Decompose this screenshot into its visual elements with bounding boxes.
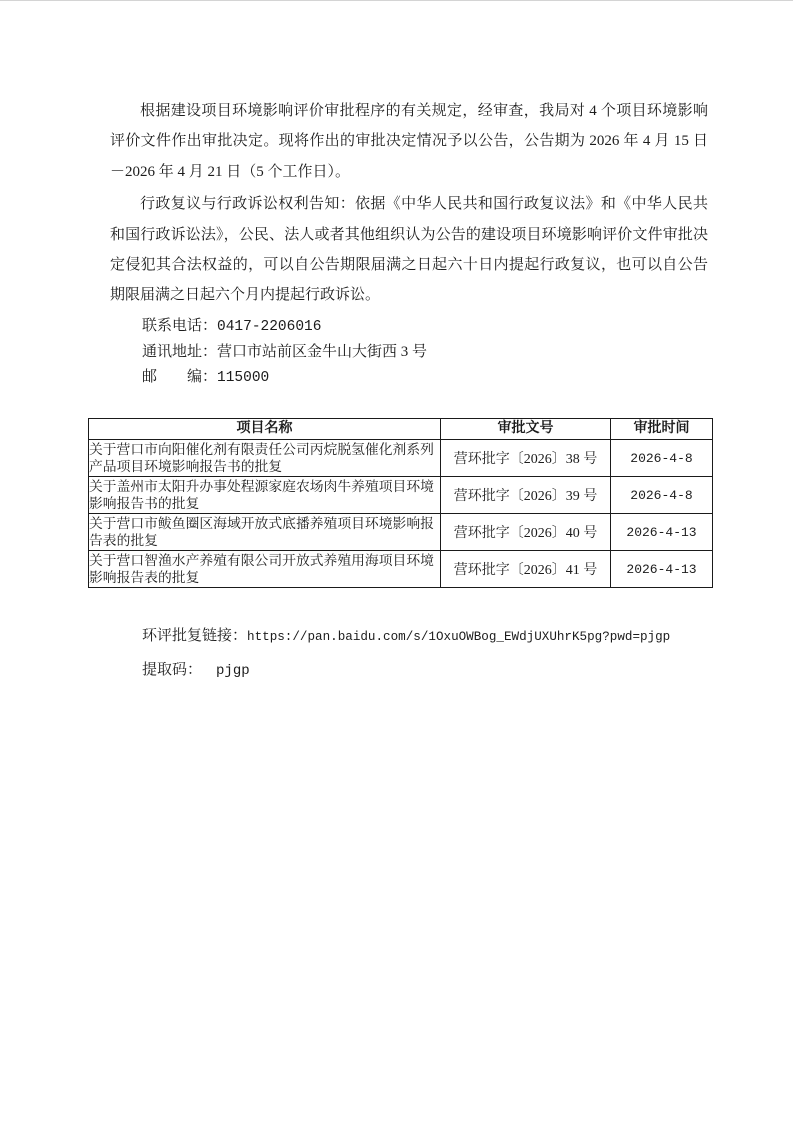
cell-doc-number: 营环批字〔2026〕40 号 xyxy=(441,514,611,551)
link-block: 环评批复链接：https://pan.baidu.com/s/1OxuOWBog… xyxy=(142,620,722,688)
table-row: 关于营口市向阳催化剂有限责任公司丙烷脱氢催化剂系列产品项目环境影响报告书的批复营… xyxy=(89,440,713,477)
cell-doc-number: 营环批字〔2026〕41 号 xyxy=(441,551,611,588)
cell-project-name: 关于营口智渔水产养殖有限公司开放式养殖用海项目环境影响报告表的批复 xyxy=(89,551,441,588)
table-header-project-name: 项目名称 xyxy=(89,419,441,440)
extraction-code-value: pjgp xyxy=(216,663,250,679)
approval-table: 项目名称 审批文号 审批时间 关于营口市向阳催化剂有限责任公司丙烷脱氢催化剂系列… xyxy=(88,418,713,588)
cell-approval-date: 2026-4-8 xyxy=(611,440,713,477)
eia-link-line: 环评批复链接：https://pan.baidu.com/s/1OxuOWBog… xyxy=(142,620,722,654)
eia-link-url[interactable]: https://pan.baidu.com/s/1OxuOWBog_EWdjUX… xyxy=(247,630,670,644)
eia-link-label: 环评批复链接： xyxy=(142,628,247,644)
contact-phone-line: 联系电话：0417-2206016 xyxy=(110,314,708,340)
cell-approval-date: 2026-4-13 xyxy=(611,551,713,588)
page-top-edge xyxy=(0,0,793,1)
cell-project-name: 关于盖州市太阳升办事处程源家庭农场肉牛养殖项目环境影响报告书的批复 xyxy=(89,477,441,514)
extraction-code-line: 提取码：pjgp xyxy=(142,654,722,688)
contact-address-value: 营口市站前区金牛山大街西 3 号 xyxy=(217,344,427,360)
document-page: 根据建设项目环境影响评价审批程序的有关规定，经审查，我局对 4 个项目环境影响评… xyxy=(0,0,793,1122)
table-row: 关于营口智渔水产养殖有限公司开放式养殖用海项目环境影响报告表的批复营环批字〔20… xyxy=(89,551,713,588)
cell-approval-date: 2026-4-13 xyxy=(611,514,713,551)
table-header-doc-number: 审批文号 xyxy=(441,419,611,440)
contact-postcode-label: 邮 编： xyxy=(142,369,217,385)
cell-project-name: 关于营口市鲅鱼圈区海域开放式底播养殖项目环境影响报告表的批复 xyxy=(89,514,441,551)
paragraph-rights-notice: 行政复议与行政诉讼权利告知：依据《中华人民共和国行政复议法》和《中华人民共和国行… xyxy=(110,189,708,311)
contact-phone-label: 联系电话： xyxy=(142,318,217,334)
table-header-row: 项目名称 审批文号 审批时间 xyxy=(89,419,713,440)
contact-address-label: 通讯地址： xyxy=(142,344,217,360)
table-row: 关于营口市鲅鱼圈区海域开放式底播养殖项目环境影响报告表的批复营环批字〔2026〕… xyxy=(89,514,713,551)
cell-doc-number: 营环批字〔2026〕39 号 xyxy=(441,477,611,514)
contact-phone-value: 0417-2206016 xyxy=(217,319,321,335)
paragraph-announcement: 根据建设项目环境影响评价审批程序的有关规定，经审查，我局对 4 个项目环境影响评… xyxy=(110,96,708,187)
table-header-approval-date: 审批时间 xyxy=(611,419,713,440)
cell-doc-number: 营环批字〔2026〕38 号 xyxy=(441,440,611,477)
contact-block: 联系电话：0417-2206016 通讯地址：营口市站前区金牛山大街西 3 号 … xyxy=(110,314,708,391)
contact-postcode-value: 115000 xyxy=(217,370,269,386)
contact-address-line: 通讯地址：营口市站前区金牛山大街西 3 号 xyxy=(110,340,708,365)
table-row: 关于盖州市太阳升办事处程源家庭农场肉牛养殖项目环境影响报告书的批复营环批字〔20… xyxy=(89,477,713,514)
announcement-body: 根据建设项目环境影响评价审批程序的有关规定，经审查，我局对 4 个项目环境影响评… xyxy=(110,96,708,313)
contact-postcode-line: 邮 编：115000 xyxy=(110,365,708,391)
extraction-code-label: 提取码： xyxy=(142,662,202,678)
approval-table-body: 关于营口市向阳催化剂有限责任公司丙烷脱氢催化剂系列产品项目环境影响报告书的批复营… xyxy=(89,440,713,588)
cell-approval-date: 2026-4-8 xyxy=(611,477,713,514)
cell-project-name: 关于营口市向阳催化剂有限责任公司丙烷脱氢催化剂系列产品项目环境影响报告书的批复 xyxy=(89,440,441,477)
